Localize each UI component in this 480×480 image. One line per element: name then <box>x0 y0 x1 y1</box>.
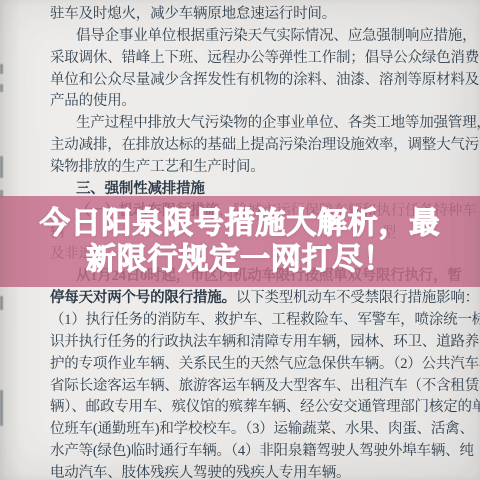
page-edge-artifact <box>0 296 3 310</box>
document-line: 护的专项作业车辆、关系民生的天然气应急保供车辆。（2）公共汽车、 <box>50 354 448 376</box>
document-line: 采取调休、错峰上下班、远程办公等弹性工作制；倡导公众绿色消费， <box>50 48 448 70</box>
document-line: 停每天对两个号的限行措施。以下类型机动车不受禁限行措施影响： <box>50 288 448 310</box>
document-line: 产品的使用。 <box>50 91 448 113</box>
title-overlay-band: 今日阳泉限号措施大解析，最 新限行规定一网打尽！ <box>0 196 480 287</box>
document-line: 主动减排，在排放达标的基础上提高污染治理设施效率，调整大气污 <box>50 135 448 157</box>
document-line: 染物排放的生产工艺和生产时间。 <box>50 157 448 179</box>
document-line: 水产等(绿色)临时通行车辆。（4）非阳泉籍驾驶人驾驶外埠车辆、纯 <box>50 441 448 463</box>
page-edge-artifact <box>0 84 3 92</box>
document-line: 倡导企事业单位根据重污染天气实际情况、应急强制响应措施， <box>50 26 448 48</box>
document-line: （1）执行任务的消防车、救护车、工程救险车、军警车，喷涂统一标 <box>50 310 448 332</box>
document-line: 识并执行任务的行政执法车辆和清障专用车辆，园林、环卫、道路养 <box>50 332 448 354</box>
document-line: 单位和公众尽量减少含挥发性有机物的涂料、油漆、溶剂等原材料及 <box>50 70 448 92</box>
overlay-title-line-2: 新限行规定一网打尽！ <box>86 242 394 278</box>
page-edge-artifact <box>0 64 3 74</box>
document-line: 辆）、邮政专用车、殡仪馆的殡葬车辆、经公安交通管理部门核定的单 <box>50 397 448 419</box>
document-line: 电动汽车、肢体残疾人驾驶的残疾人专用车辆。 <box>50 463 448 480</box>
overlay-title-line-1: 今日阳泉限号措施大解析，最 <box>40 206 440 242</box>
document-line: 位班车(通勤班车)和学校校车。（3）运输蔬菜、水果、肉蛋、活禽、 <box>50 419 448 441</box>
document-photo: 驻车及时熄火，减少车辆原地怠速运行时间。倡导企事业单位根据重污染天气实际情况、应… <box>0 0 480 480</box>
page-edge-artifact <box>0 156 3 178</box>
document-line: 省际长途客运车辆、旅游客运车辆及大型客车、出租汽车（不含租赁车 <box>50 376 448 398</box>
document-line: 生产过程中排放大气污染物的企事业单位、各类工地等加强管理， <box>50 113 448 135</box>
page-edge-artifact <box>0 390 3 426</box>
document-line: 驻车及时熄火，减少车辆原地怠速运行时间。 <box>50 4 448 26</box>
